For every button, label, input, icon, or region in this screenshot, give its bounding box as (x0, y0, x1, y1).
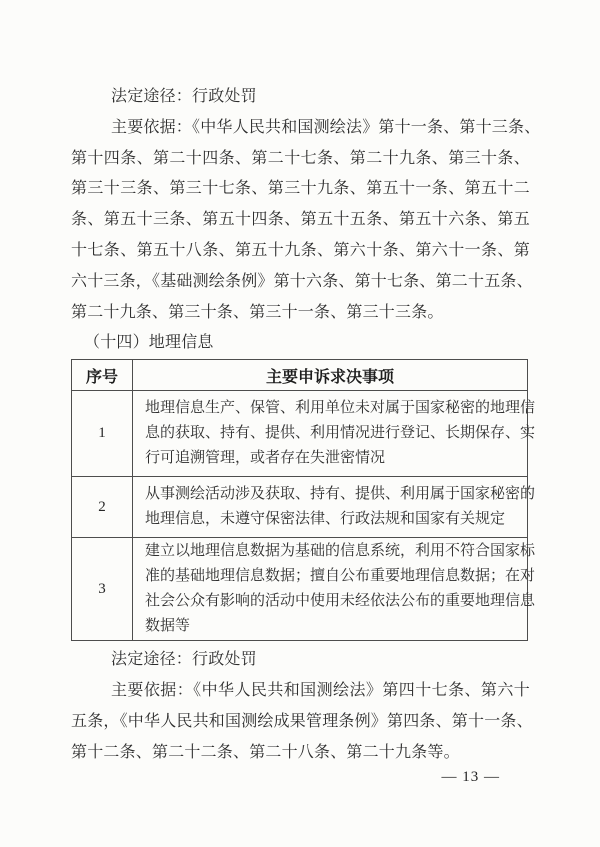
subsection-heading: （十四）地理信息 (71, 328, 530, 359)
cell-text-line: 建立以地理信息数据为基础的信息系统，利用不符合国家标 (145, 539, 517, 564)
text-line: 条、第五十三条、第五十四条、第五十五条、第五十六条、第五 (71, 205, 530, 236)
text-line: 第十四条、第二十四条、第二十七条、第二十九条、第三十条、 (71, 144, 530, 175)
text-line: 五条，《中华人民共和国测绘成果管理条例》第四条、第十一条、 (71, 707, 530, 738)
scanned-document-page: 法定途径：行政处罚 主要依据：《中华人民共和国测绘法》第十一条、第十三条、 第十… (0, 0, 600, 847)
legal-basis-paragraph-2: 主要依据：《中华人民共和国测绘法》第四十七条、第六十 五条，《中华人民共和国测绘… (71, 676, 530, 768)
document-content: 法定途径：行政处罚 主要依据：《中华人民共和国测绘法》第十一条、第十三条、 第十… (71, 82, 530, 768)
table-row: 2 从事测绘活动涉及获取、持有、提供、利用属于国家秘密的 地理信息，未遵守保密法… (72, 477, 528, 538)
text-line: 主要依据：《中华人民共和国测绘法》第十一条、第十三条、 (71, 113, 530, 144)
legal-basis-paragraph-1: 主要依据：《中华人民共和国测绘法》第十一条、第十三条、 第十四条、第二十四条、第… (71, 113, 530, 329)
text-line: 第十二条、第二十二条、第二十八条、第二十九条等。 (71, 738, 530, 769)
page-number: — 13 — (442, 769, 501, 785)
cell-text-line: 社会公众有影响的活动中使用未经依法公布的重要地理信息 (145, 589, 517, 614)
row-number: 2 (72, 477, 133, 538)
cell-text-line: 从事测绘活动涉及获取、持有、提供、利用属于国家秘密的 (145, 482, 517, 507)
table-row: 1 地理信息生产、保管、利用单位未对属于国家秘密的地理信 息的获取、持有、提供、… (72, 391, 528, 477)
cell-text-line: 数据等 (145, 614, 517, 639)
col-header-serial-number: 序号 (72, 360, 133, 391)
col-header-appeal-item: 主要申诉求决事项 (133, 360, 528, 391)
row-item-cell: 从事测绘活动涉及获取、持有、提供、利用属于国家秘密的 地理信息，未遵守保密法律、… (133, 477, 528, 538)
cell-text-line: 行可追溯管理，或者存在失泄密情况 (145, 446, 517, 471)
row-item-cell: 地理信息生产、保管、利用单位未对属于国家秘密的地理信 息的获取、持有、提供、利用… (133, 391, 528, 477)
table-row: 3 建立以地理信息数据为基础的信息系统，利用不符合国家标 准的基础地理信息数据；… (72, 538, 528, 641)
cell-text-line: 息的获取、持有、提供、利用情况进行登记、长期保存、实 (145, 421, 517, 446)
row-number: 1 (72, 391, 133, 477)
legal-channel-text-2: 法定途径：行政处罚 (71, 645, 530, 676)
row-item-cell: 建立以地理信息数据为基础的信息系统，利用不符合国家标 准的基础地理信息数据；擅自… (133, 538, 528, 641)
text-line: 主要依据：《中华人民共和国测绘法》第四十七条、第六十 (71, 676, 530, 707)
cell-text-line: 准的基础地理信息数据；擅自公布重要地理信息数据；在对 (145, 564, 517, 589)
table-header-row: 序号 主要申诉求决事项 (72, 360, 528, 391)
page-footer: — 13 — (442, 769, 501, 786)
text-line: 十七条、第五十八条、第五十九条、第六十条、第六十一条、第 (71, 236, 530, 267)
cell-text-line: 地理信息，未遵守保密法律、行政法规和国家有关规定 (145, 507, 517, 532)
appeal-items-table: 序号 主要申诉求决事项 1 地理信息生产、保管、利用单位未对属于国家秘密的地理信… (71, 359, 528, 641)
text-line: 第二十九条、第三十条、第三十一条、第三十三条。 (71, 298, 530, 329)
text-line: 第三十三条、第三十七条、第三十九条、第五十一条、第五十二 (71, 174, 530, 205)
legal-channel-text-1: 法定途径：行政处罚 (71, 82, 530, 113)
row-number: 3 (72, 538, 133, 641)
text-line: 六十三条，《基础测绘条例》第十六条、第十七条、第二十五条、 (71, 267, 530, 298)
cell-text-line: 地理信息生产、保管、利用单位未对属于国家秘密的地理信 (145, 396, 517, 421)
